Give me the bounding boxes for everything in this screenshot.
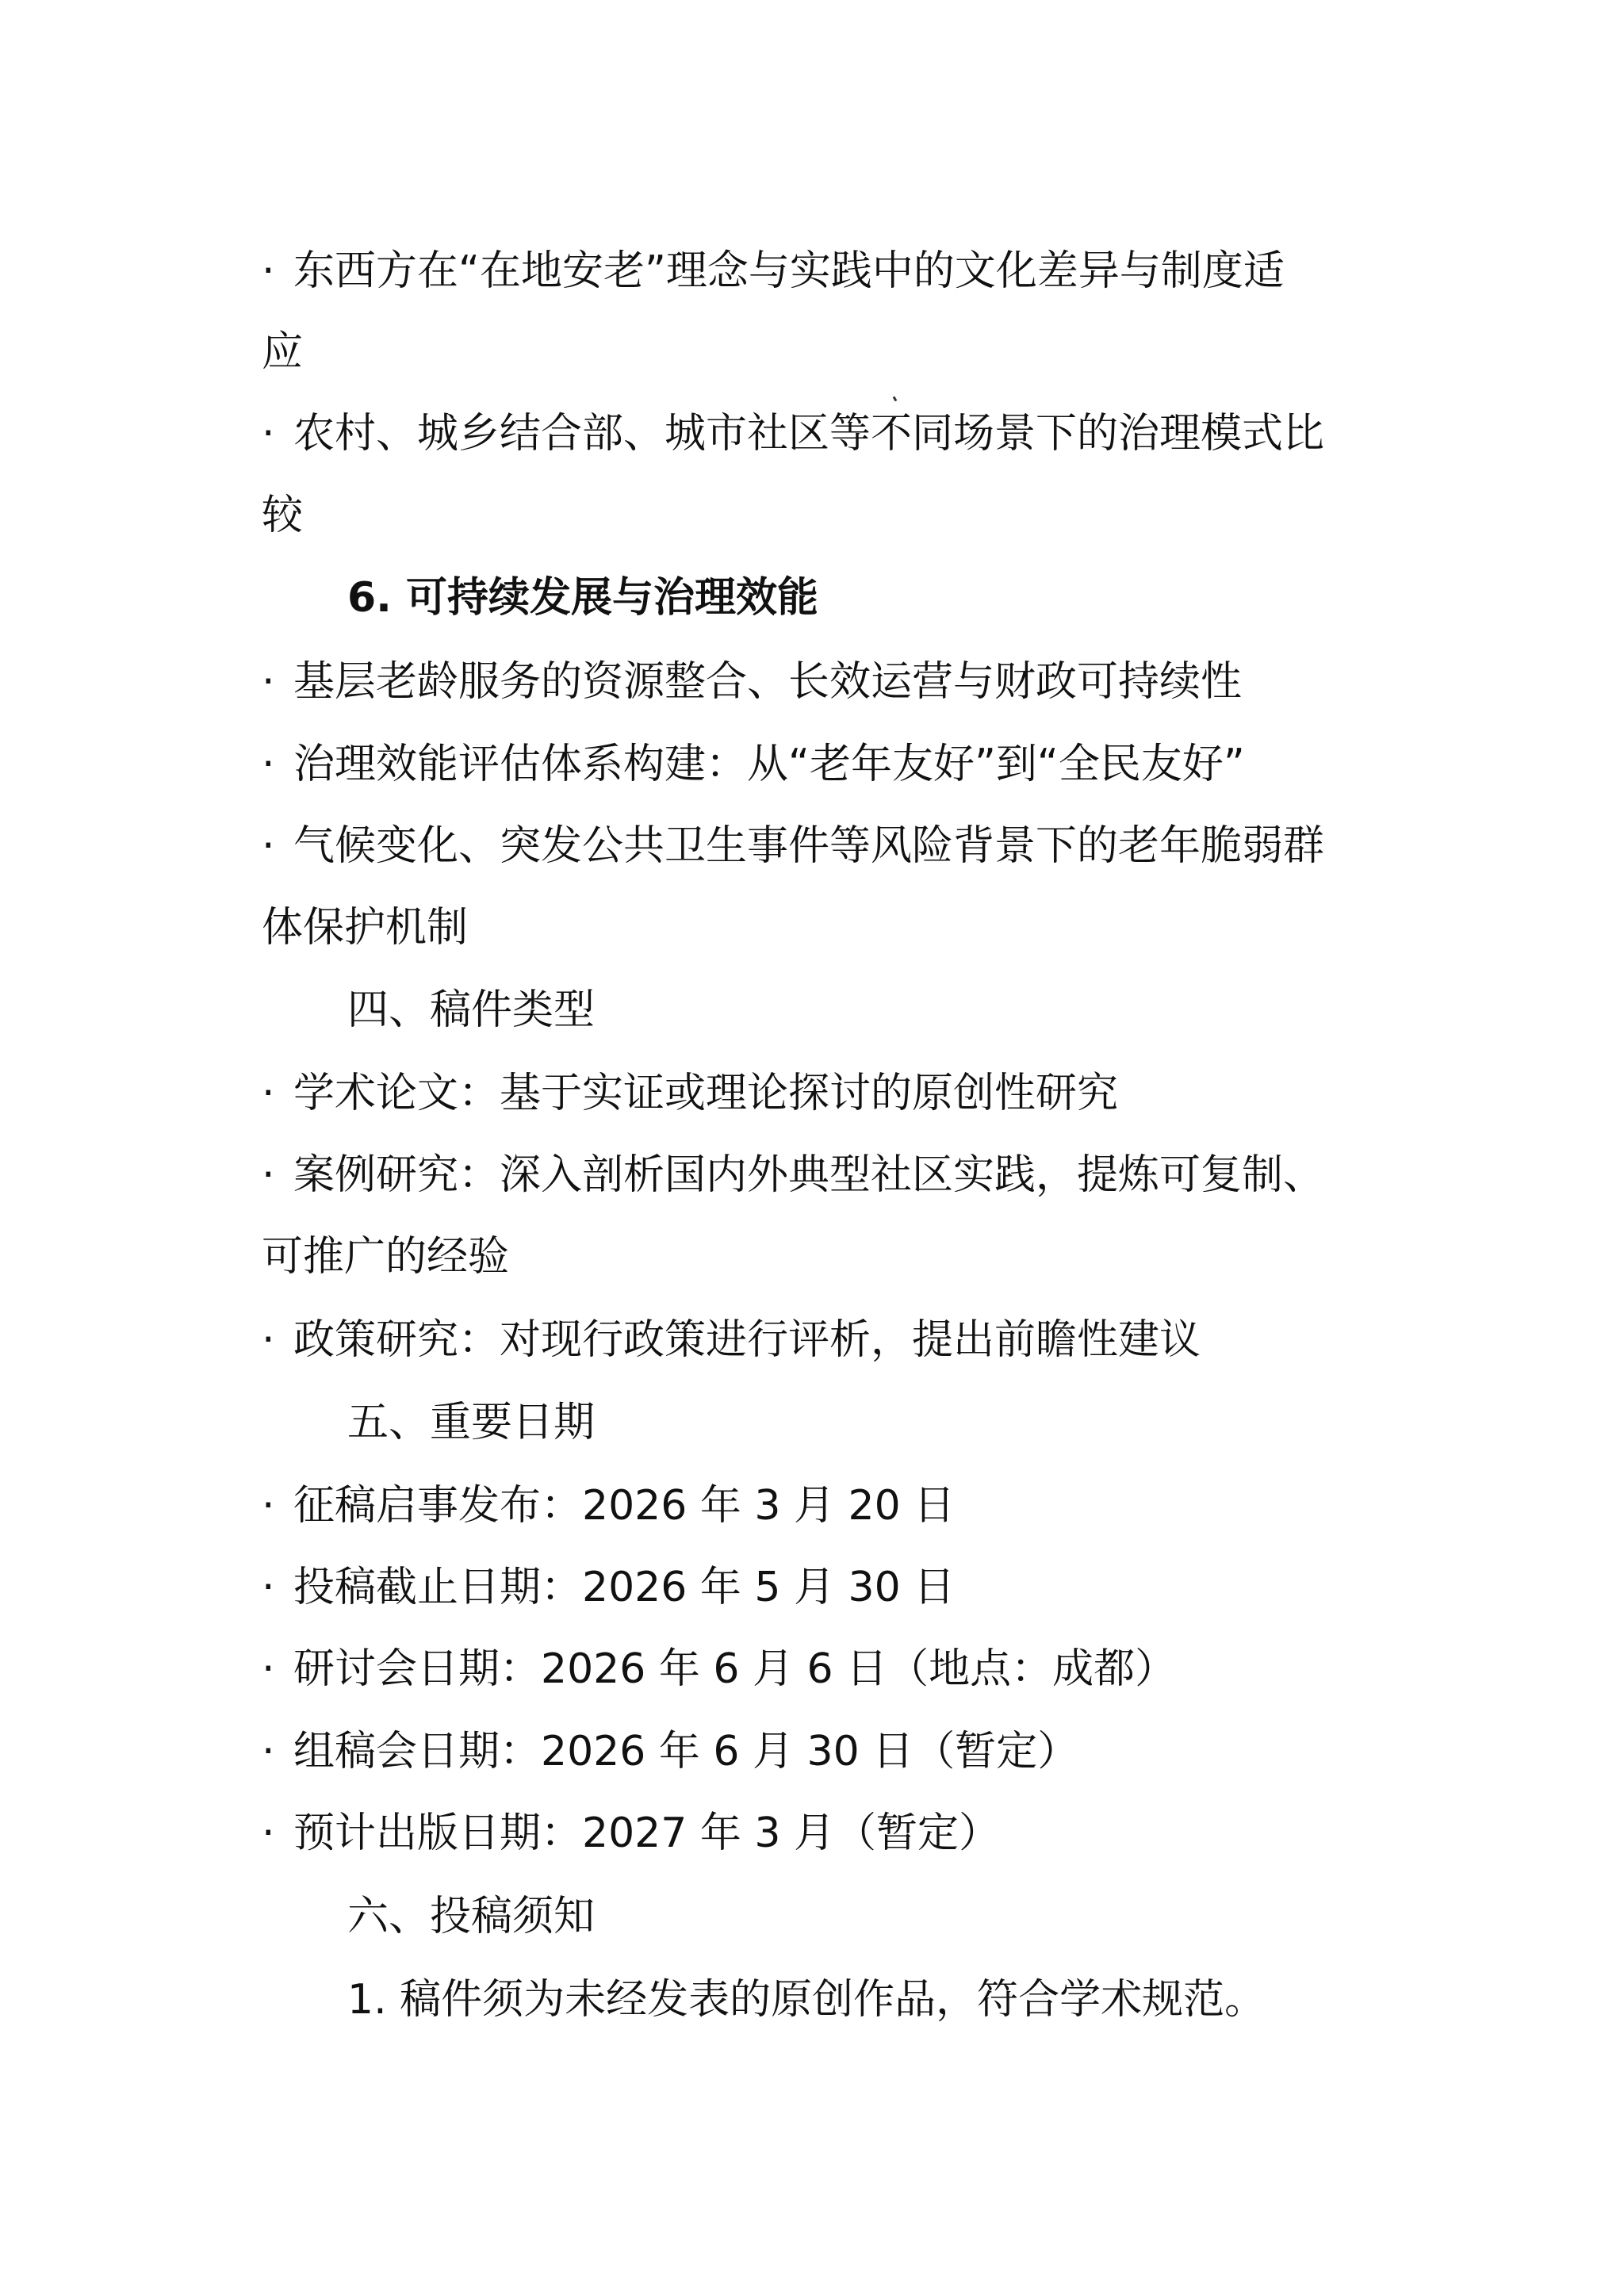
- bullet-dot: ·: [262, 1562, 293, 1613]
- bullet-dot: ·: [262, 1644, 293, 1695]
- bullet-item: ·农村、城乡结合部、城市社区等不同场景下的治理模式比: [262, 408, 1388, 459]
- bullet-dot: ·: [262, 1150, 293, 1201]
- bullet-text: 基层老龄服务的资源整合、长效运营与财政可持续性: [293, 658, 1242, 706]
- section-heading-submission-guidelines: 六、投稿须知: [347, 1891, 1473, 1942]
- bullet-text: 农村、城乡结合部、城市社区等不同场景下的治理模式比: [293, 410, 1324, 458]
- bullet-text: 政策研究：对现行政策进行评析，提出前瞻性建议: [293, 1316, 1201, 1364]
- stray-mark: [893, 396, 898, 402]
- date-text: 投稿截止日期：2026 年 5 月 30 日: [293, 1564, 955, 1611]
- numbered-item: 1. 稿件须为未经发表的原创作品，符合学术规范。: [347, 1974, 1473, 2025]
- bullet-text: 案例研究：深入剖析国内外典型社区实践，提炼可复制、: [293, 1151, 1324, 1199]
- date-item: ·预计出版日期：2027 年 3 月（暂定）: [262, 1808, 1388, 1859]
- date-text: 预计出版日期：2027 年 3 月（暂定）: [293, 1810, 1000, 1857]
- bullet-text: 东西方在“在地安老”理念与实践中的文化差异与制度适: [293, 247, 1285, 295]
- bullet-dot: ·: [262, 1480, 293, 1531]
- bullet-text: 治理效能评估体系构建：从“老年友好”到“全民友好”: [293, 741, 1245, 788]
- bullet-dot: ·: [262, 1726, 293, 1777]
- bullet-item: ·气候变化、突发公共卫生事件等风险背景下的老年脆弱群: [262, 821, 1388, 871]
- bullet-dot: ·: [262, 657, 293, 707]
- bullet-dot: ·: [262, 408, 293, 459]
- date-text: 征稿启事发布：2026 年 3 月 20 日: [293, 1482, 955, 1530]
- bullet-dot: ·: [262, 1808, 293, 1859]
- bullet-dot: ·: [262, 821, 293, 871]
- bullet-text: 学术论文：基于实证或理论探讨的原创性研究: [293, 1070, 1118, 1117]
- bullet-item: ·政策研究：对现行政策进行评析，提出前瞻性建议: [262, 1315, 1388, 1365]
- date-item: ·组稿会日期：2026 年 6 月 30 日（暂定）: [262, 1726, 1388, 1777]
- bullet-item: ·案例研究：深入剖析国内外典型社区实践，提炼可复制、: [262, 1150, 1388, 1201]
- date-text: 研讨会日期：2026 年 6 月 6 日（地点：成都）: [293, 1645, 1176, 1693]
- bullet-dot: ·: [262, 246, 293, 297]
- continuation-line: 应: [262, 327, 1388, 377]
- bullet-dot: ·: [262, 1068, 293, 1119]
- bullet-dot: ·: [262, 1315, 293, 1365]
- continuation-line: 体保护机制: [262, 902, 1388, 953]
- date-item: ·投稿截止日期：2026 年 5 月 30 日: [262, 1562, 1388, 1613]
- date-text: 组稿会日期：2026 年 6 月 30 日（暂定）: [293, 1728, 1078, 1775]
- continuation-line: 较: [262, 490, 1388, 541]
- date-item: ·征稿启事发布：2026 年 3 月 20 日: [262, 1480, 1388, 1531]
- date-item: ·研讨会日期：2026 年 6 月 6 日（地点：成都）: [262, 1644, 1388, 1695]
- bullet-item: ·学术论文：基于实证或理论探讨的原创性研究: [262, 1068, 1388, 1119]
- bullet-dot: ·: [262, 739, 293, 790]
- bullet-item: ·治理效能评估体系构建：从“老年友好”到“全民友好”: [262, 739, 1388, 790]
- bullet-text: 气候变化、突发公共卫生事件等风险背景下的老年脆弱群: [293, 822, 1324, 870]
- document-page: ·东西方在“在地安老”理念与实践中的文化差异与制度适 应 ·农村、城乡结合部、城…: [0, 0, 1624, 2294]
- section-heading-important-dates: 五、重要日期: [347, 1397, 1473, 1448]
- bullet-item: ·东西方在“在地安老”理念与实践中的文化差异与制度适: [262, 246, 1388, 297]
- continuation-line: 可推广的经验: [262, 1231, 1388, 1282]
- subheading-sustainable-development: 6. 可持续发展与治理效能: [347, 573, 1473, 623]
- bullet-item: ·基层老龄服务的资源整合、长效运营与财政可持续性: [262, 657, 1388, 707]
- section-heading-manuscript-types: 四、稿件类型: [347, 985, 1473, 1036]
